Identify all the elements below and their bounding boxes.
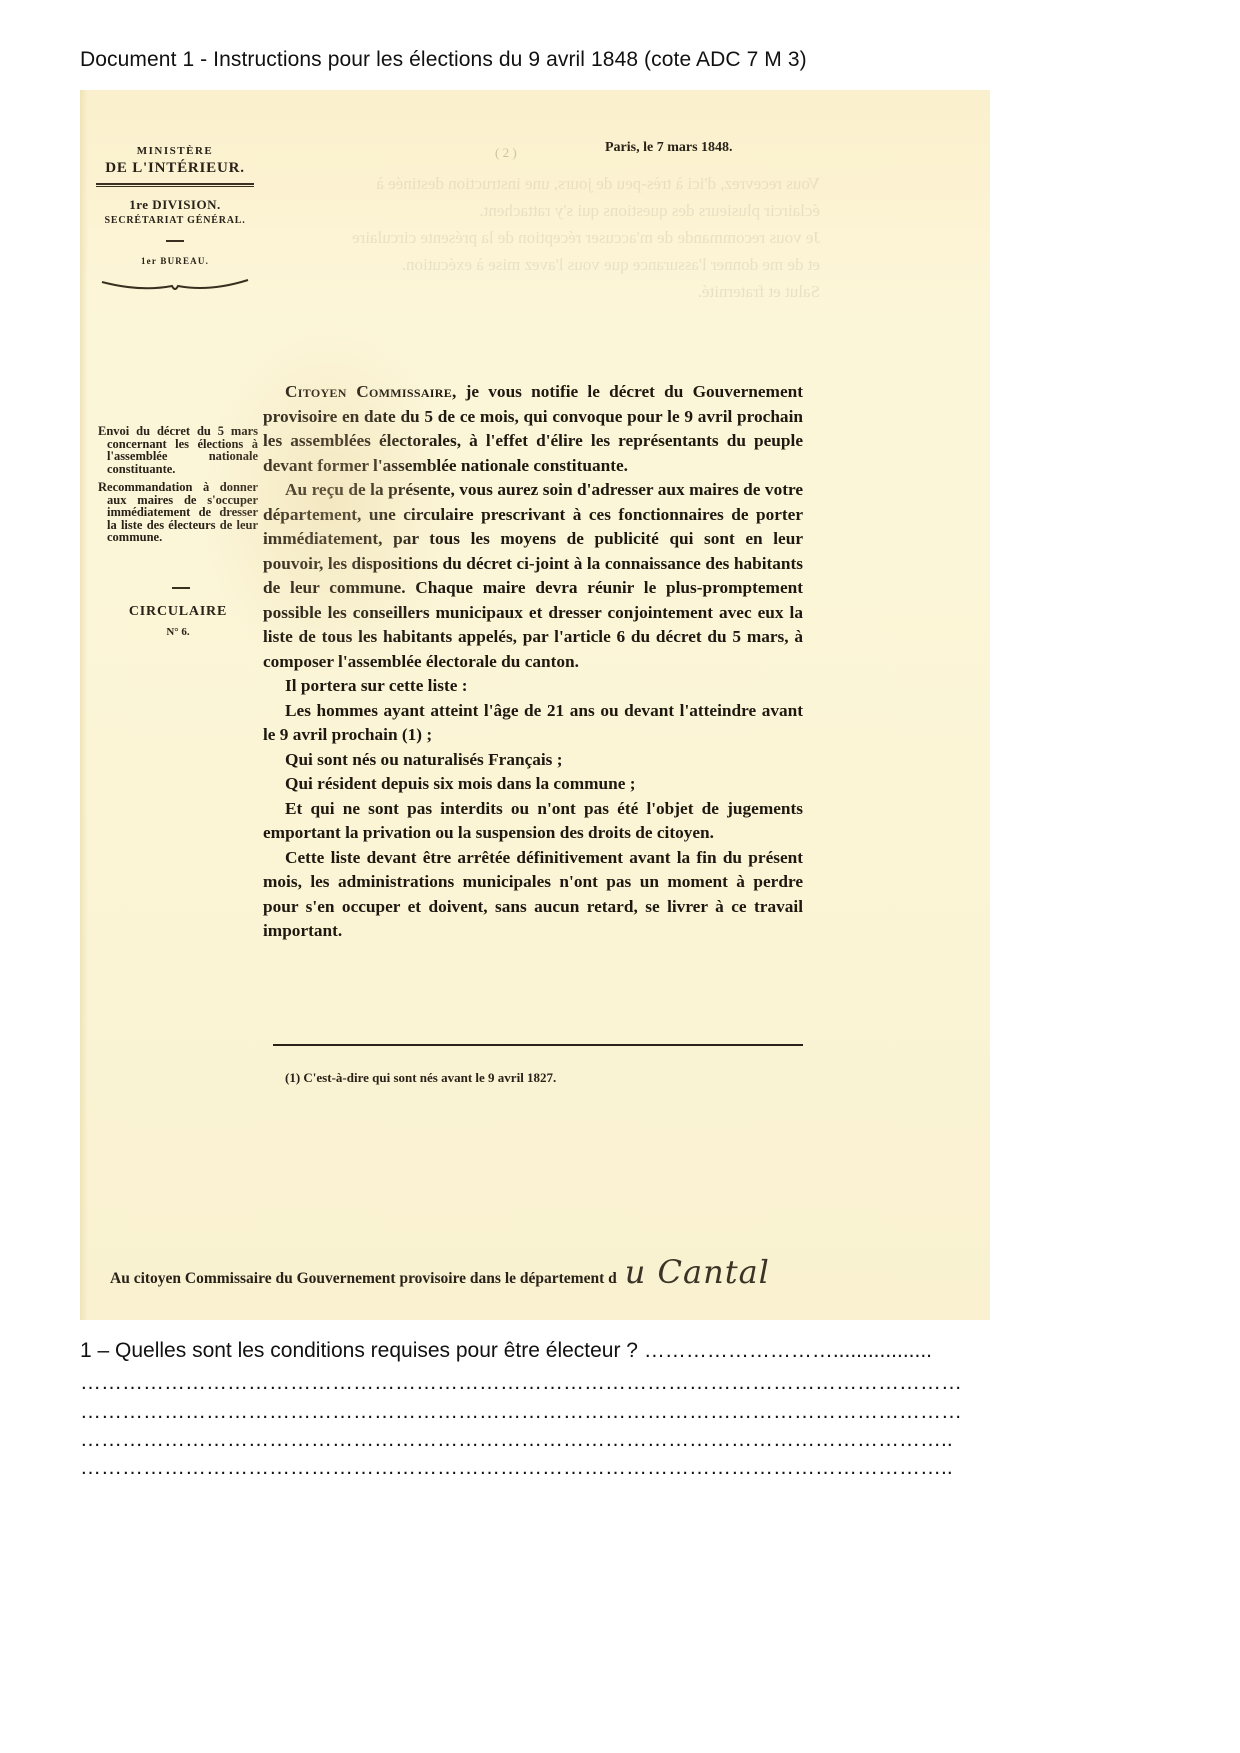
dateline: Paris, le 7 mars 1848. xyxy=(605,140,733,156)
circular-number: N° 6. xyxy=(98,626,258,638)
address-handwritten: u Cantal xyxy=(625,1253,770,1291)
condition-item: Les hommes ayant atteint l'âge de 21 ans… xyxy=(263,699,803,748)
circular-body: Citoyen Commissaire, je vous notifie le … xyxy=(263,380,803,944)
question-1: 1 – Quelles sont les conditions requises… xyxy=(80,1337,1140,1365)
condition-item: Et qui ne sont pas interdits ou n'ont pa… xyxy=(263,797,803,846)
margin-summary: Envoi du décret du 5 mars concernant les… xyxy=(98,425,258,550)
secretariat-label: SECRÉTARIAT GÉNÉRAL. xyxy=(90,215,260,226)
double-rule xyxy=(96,183,254,187)
archival-scan: Vous recevrez, d'ici à très-peu de jours… xyxy=(80,90,990,1320)
answer-line[interactable]: …………………………………………………………………………………………………………… xyxy=(80,1456,953,1480)
paragraph: Au reçu de la présente, vous aurez soin … xyxy=(263,478,803,674)
answer-line[interactable]: …………………………………………………………………………………………………………… xyxy=(80,1400,962,1424)
paragraph: Citoyen Commissaire, je vous notifie le … xyxy=(263,380,803,478)
address-printed: Au citoyen Commissaire du Gouvernement p… xyxy=(110,1270,617,1287)
ornamental-swash-icon xyxy=(100,276,250,294)
paragraph: Cette liste devant être arrêtée définiti… xyxy=(263,846,803,944)
circular-label: CIRCULAIRE xyxy=(98,604,258,620)
footnote-rule xyxy=(273,1044,803,1046)
condition-item: Qui résident depuis six mois dans la com… xyxy=(263,772,803,797)
salutation: Citoyen Commissaire xyxy=(285,382,452,401)
page-number: ( 2 ) xyxy=(495,145,517,161)
division-label: 1re DIVISION. xyxy=(90,197,260,213)
bureau-label: 1er BUREAU. xyxy=(90,256,260,266)
paragraph: Il portera sur cette liste : xyxy=(263,674,803,699)
answer-line[interactable]: …………………………………………………………………………………………………………… xyxy=(80,1428,953,1452)
document-heading: Document 1 - Instructions pour les élect… xyxy=(80,48,807,72)
ministry-line-2: DE L'INTÉRIEUR. xyxy=(90,160,260,177)
short-rule xyxy=(166,240,184,242)
summary-item: Envoi du décret du 5 mars concernant les… xyxy=(98,425,258,475)
address-line: Au citoyen Commissaire du Gouvernement p… xyxy=(110,1253,770,1291)
condition-item: Qui sont nés ou naturalisés Français ; xyxy=(263,748,803,773)
show-through-texture: Vous recevrez, d'ici à très-peu de jours… xyxy=(340,170,820,305)
ministry-line-1: MINISTÈRE xyxy=(90,145,260,157)
ministry-header: MINISTÈRE DE L'INTÉRIEUR. 1re DIVISION. … xyxy=(90,145,260,294)
summary-item: Recommandation à donner aux maires de s'… xyxy=(98,481,258,544)
answer-line[interactable]: …………………………………………………………………………………………………………… xyxy=(80,1371,962,1395)
short-rule xyxy=(172,587,190,589)
footnote: (1) C'est-à-dire qui sont nés avant le 9… xyxy=(285,1070,556,1086)
